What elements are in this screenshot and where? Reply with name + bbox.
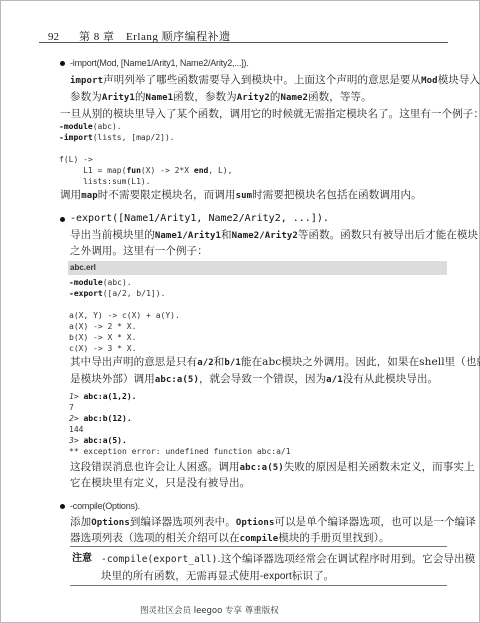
export-confusion-line1: 这段错误消息也许会让人困惑。调用abc:a(5)失败的原因是相关函数未定义，而事… [70, 460, 475, 475]
import-para-line3: 一旦从别的模块里导入了某个函数，调用它的时候就无需指定模块名了。这里有一个例子： [60, 107, 480, 121]
export-para-line2: 之外调用。这里有一个例子： [70, 244, 208, 258]
code-line: L1 = map(fun(X) -> 2*X end, L), [59, 165, 232, 176]
compile-bullet-title: -compile(Options). [70, 500, 140, 512]
bullet-icon [60, 217, 65, 222]
import-code-block: -module(abc).-import(lists, [map/2]). f(… [59, 121, 232, 187]
shell-line: 3> abc:a(5). [69, 435, 291, 446]
code-line [69, 299, 180, 310]
note-bottom-rule [70, 585, 447, 586]
code-line: a(X) -> 2 * X. [69, 321, 180, 332]
export-confusion-line2: 它在模块里有定义，只是没有被导出。 [70, 476, 250, 490]
code-line: -export([a/2, b/1]). [69, 288, 180, 299]
export-explain-line2: 是模块外部）调用abc:a(5)，就会导致一个错误，因为a/1没有从此模块导出。 [70, 372, 438, 387]
import-para-line2: 参数为Arity1的Name1函数，参数为Arity2的Name2函数，等等。 [70, 90, 372, 105]
note-line1: -compile(export_all).这个编译器选项经常会在调试程序时用到。… [101, 552, 475, 567]
header-rule [39, 42, 448, 43]
note-line2: 块里的所有函数，无需再显式使用-export标识了。 [101, 569, 334, 584]
import-para-line1: import声明列举了哪些函数需要导入到模块中。上面这个声明的意思是要从Mod模… [70, 73, 480, 88]
code-line: lists:sum(L1). [59, 176, 232, 187]
code-line: c(X) -> 3 * X. [69, 343, 180, 354]
compile-para-line1: 添加Options到编译器选项列表中。Options可以是单个编译器选项，也可以… [70, 515, 476, 530]
compile-para-line2: 器选项列表（选项的相关介绍可以在compile模块的手册页里找到）。 [70, 531, 390, 546]
footer-watermark: 图灵社区会员 leegoo 专享 尊重版权 [140, 604, 279, 616]
export-explain-line1: 其中导出声明的意思是只有a/2和b/1能在abc模块之外调用。因此，如果在she… [70, 355, 480, 370]
file-name: abc.erl [70, 262, 96, 274]
shell-session: 1> abc:a(1,2).72> abc:b(12).1443> abc:a(… [69, 391, 291, 457]
code-line: -module(abc). [69, 277, 180, 288]
import-bullet-title: -import(Mod, [Name1/Arity1, Name2/Arity2… [70, 57, 249, 69]
code-line: -import(lists, [map/2]). [59, 132, 232, 143]
bullet-icon [60, 61, 65, 66]
shell-line: 2> abc:b(12). [69, 413, 291, 424]
code-line: f(L) -> [59, 154, 232, 165]
export-bullet-title: -export([Name1/Arity1, Name2/Arity2, ...… [70, 212, 329, 226]
note-label: 注意 [72, 552, 92, 566]
shell-output: 144 [69, 424, 291, 435]
code-line [59, 143, 232, 154]
code-line: b(X) -> X * X. [69, 332, 180, 343]
shell-line: 1> abc:a(1,2). [69, 391, 291, 402]
code-file-header: abc.erl [68, 261, 447, 275]
note-top-rule [70, 546, 447, 547]
export-code-block: -module(abc).-export([a/2, b/1]). a(X, Y… [69, 277, 180, 354]
import-after-text: 调用map时不需要限定模块名，而调用sum时需要把模块名包括在函数调用内。 [60, 188, 422, 203]
code-line: -module(abc). [59, 121, 232, 132]
bullet-icon [60, 504, 65, 509]
shell-output: ** exception error: undefined function a… [69, 446, 291, 457]
code-line: a(X, Y) -> c(X) + a(Y). [69, 310, 180, 321]
shell-output: 7 [69, 402, 291, 413]
export-para-line1: 导出当前模块里的Name1/Arity1和Name2/Arity2等函数。函数只… [70, 228, 478, 243]
